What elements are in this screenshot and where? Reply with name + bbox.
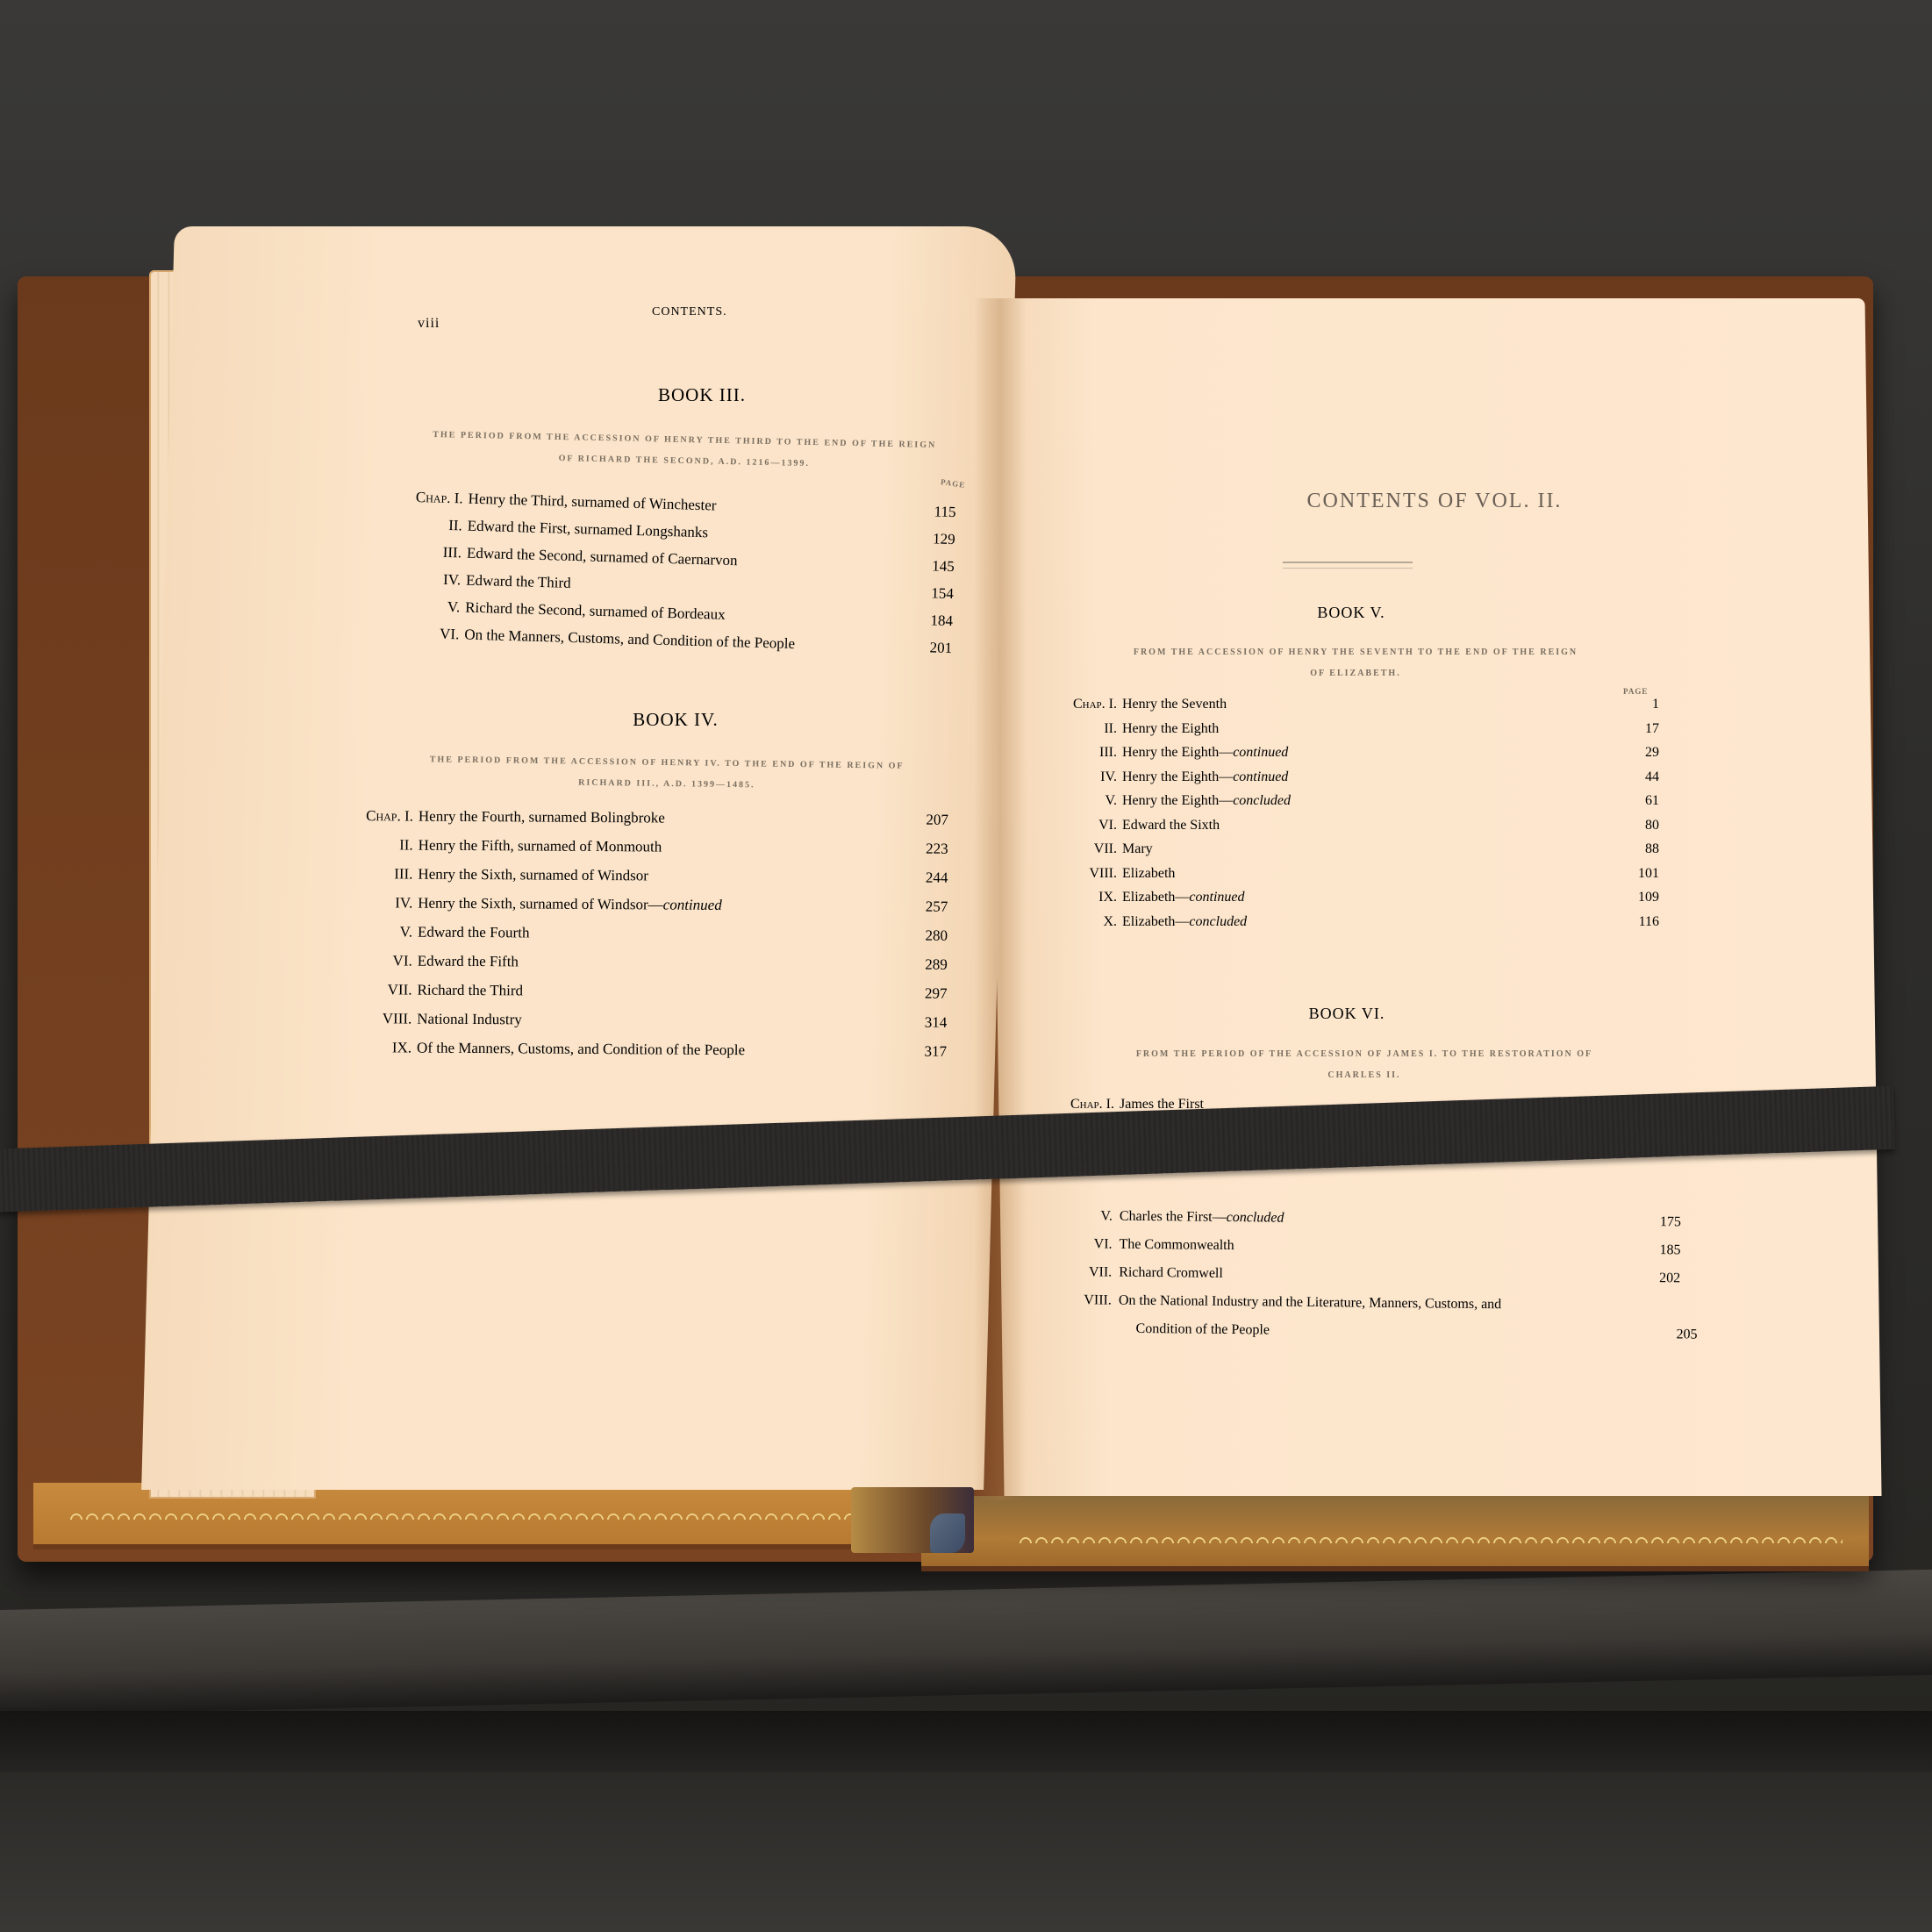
ledge-shadow [0,1711,1932,1772]
toc-row: X. Elizabeth—concluded 116 [1048,914,1663,939]
chapter-number: VI. [1061,1236,1112,1253]
chapter-number: V. [383,597,461,616]
chapter-title-suffix: concluded [1233,793,1291,808]
chapter-title: Edward the Fifth [418,953,519,971]
chapter-page: 1 [1619,697,1659,712]
toc-row: VIII. Elizabeth 101 [1048,866,1663,891]
chapter-number: III. [384,542,462,562]
chapter-number: Chap. I. [347,807,413,826]
chapter-page: 129 [919,530,955,548]
toc-row: II. Henry the Eighth 17 [1048,721,1663,746]
chapter-title: On the National Industry and the Literat… [1119,1293,1502,1313]
chapter-title: Of the Manners, Customs, and Condition o… [417,1040,745,1060]
chapter-number: IX. [1048,890,1117,905]
chapter-title: Henry the Seventh [1122,697,1227,712]
chapter-page: 297 [906,984,947,1002]
chapter-page: 80 [1619,818,1659,834]
chapter-title: Henry the Eighth— [1122,769,1233,784]
chapter-number: Chap. I. [1044,1097,1114,1113]
chapter-number: VIII. [1048,866,1117,882]
chapter-page: 115 [920,503,956,521]
toc-row: V. Henry the Eighth—concluded 61 [1048,793,1663,818]
chapter-page: 185 [1640,1242,1680,1258]
chapter-title-suffix: concluded [1227,1210,1284,1226]
toc-row: II. Henry the Fifth, surnamed of Monmout… [347,836,961,869]
book-vi-title: BOOK VI. [1206,1005,1487,1023]
page-column-label: PAGE [1623,687,1648,696]
period-line-1: FROM THE ACCESSION OF HENRY THE SEVENTH … [1075,642,1636,663]
chapter-page: 145 [919,557,955,576]
chapter-number: IV. [346,894,412,912]
chapter-title: Edward the Third [466,572,571,592]
chapter-number: II. [1048,721,1117,737]
chapter-page: 280 [907,927,948,944]
chapter-number: V. [346,923,412,941]
table-ledge [0,1570,1932,1715]
chapter-title: Elizabeth [1122,866,1175,882]
chapter-page: 317 [906,1042,947,1060]
chapter-title-suffix: concluded [1189,914,1247,929]
toc-row: III. Henry the Sixth, surnamed of Windso… [346,865,960,898]
chapter-number: VI. [346,952,412,970]
chapter-page: 61 [1619,793,1659,809]
chapter-number: VII. [345,981,411,999]
chapter-page: 44 [1619,769,1659,785]
chapter-title: National Industry [417,1011,522,1029]
chapter-number: VIII. [345,1010,411,1028]
chapter-number: VII. [1048,841,1117,857]
ribbon-marker [930,1513,965,1553]
toc-row: VII. Mary 88 [1048,841,1663,866]
chapter-page: 154 [919,584,955,603]
gutter-shadow [974,298,1027,1500]
chapter-page: 244 [907,869,948,886]
gilt-tooling-right [1018,1531,1843,1543]
chapter-page: 207 [908,811,948,828]
chapter-page: 29 [1619,745,1659,761]
chapter-title-suffix: continued [1233,769,1288,784]
chapter-number: Chap. I. [385,488,463,507]
book-iv-chapter-list: Chap. I. Henry the Fourth, surnamed Boli… [345,807,961,1072]
toc-row: VI. Edward the Fifth 289 [346,952,960,985]
chapter-page: 202 [1640,1270,1680,1286]
chapter-number: VI. [1048,818,1117,834]
chapter-page: 101 [1619,866,1659,882]
chapter-number: IV. [383,569,462,589]
photo-scene: BOUND BY viii CONTENTS. BOOK III. THE PE… [0,0,1932,1932]
chapter-number: IV. [1048,769,1117,785]
chapter-number: III. [346,865,412,884]
chapter-title: Henry the Sixth, surnamed of Windsor [418,866,648,885]
chapter-number: V. [1048,793,1117,809]
chapter-title: Edward the Fourth [418,924,530,942]
chapter-title: Henry the Fifth, surnamed of Monmouth [419,837,662,856]
chapter-number: II. [347,836,413,855]
toc-row: III. Henry the Eighth—continued 29 [1048,745,1663,769]
folio-number: viii [418,316,440,332]
chapter-title: Condition of the People [1135,1321,1270,1339]
running-head: CONTENTS. [652,305,727,319]
book-vi-chapter-list-bottom: V. Charles the First—concluded 175 VI. T… [1060,1208,1702,1356]
period-line-2: OF ELIZABETH. [1075,663,1636,684]
toc-row: VIII. National Industry 314 [345,1010,959,1043]
book-iii-title: BOOK III. [562,384,842,406]
chapter-number: V. [1062,1208,1113,1225]
toc-row: Chap. I. Henry the Fourth, surnamed Boli… [347,807,961,841]
book-v-period: FROM THE ACCESSION OF HENRY THE SEVENTH … [1075,642,1636,684]
toc-row: IV. Henry the Sixth, surnamed of Windsor… [346,894,960,927]
book-v-chapter-list: Chap. I. Henry the Seventh 1 II. Henry t… [1048,697,1663,938]
book-vi-period: FROM THE PERIOD OF THE ACCESSION OF JAME… [1066,1044,1663,1086]
chapter-title: Edward the Sixth [1122,818,1220,834]
chapter-title: Henry the Fourth, surnamed Bolingbroke [419,808,665,827]
chapter-title: Henry the Eighth— [1122,745,1233,760]
toc-row: VI. Edward the Sixth 80 [1048,818,1663,842]
chapter-title: Elizabeth— [1122,890,1189,905]
period-line-1: FROM THE PERIOD OF THE ACCESSION OF JAME… [1066,1044,1663,1065]
chapter-page: 175 [1641,1214,1681,1230]
chapter-page: 88 [1619,841,1659,857]
chapter-title: The Commonwealth [1119,1237,1234,1254]
chapter-page: 201 [917,639,953,657]
table-surface [0,1772,1932,1932]
toc-row: VII. Richard the Third 297 [345,981,959,1014]
chapter-page: 223 [908,840,948,857]
chapter-number: II. [385,515,463,534]
chapter-page: 205 [1657,1327,1697,1342]
chapter-number: VII. [1061,1264,1112,1281]
book-iv-period: THE PERIOD FROM THE ACCESSION OF HENRY I… [360,748,975,799]
chapter-page: 257 [907,898,948,915]
toc-row: V. Edward the Fourth 280 [346,923,960,956]
chapter-number: III. [1048,745,1117,761]
period-line-2: CHARLES II. [1066,1065,1663,1086]
chapter-number: IX. [345,1039,411,1057]
book-iv-title: BOOK IV. [535,709,816,731]
chapter-number: Chap. I. [1048,697,1117,712]
chapter-title-suffix: continued [663,897,722,913]
chapter-page: 184 [918,612,954,630]
chapter-title-suffix: continued [1233,745,1288,760]
chapter-page: 116 [1619,914,1659,930]
chapter-page: 314 [906,1013,947,1031]
toc-row: IV. Henry the Eighth—continued 44 [1048,769,1663,794]
chapter-title: Richard the Third [417,982,523,1000]
cover-turn-in-right [921,1496,1869,1571]
chapter-title: Charles the First— [1120,1209,1227,1225]
book-iii-chapter-list: Chap. I. Henry the Third, surnamed of Wi… [382,488,965,667]
chapter-number: VIII. [1061,1292,1112,1309]
chapter-number: VI. [382,624,460,643]
chapter-title: Richard Cromwell [1119,1265,1223,1282]
toc-row: Chap. I. Henry the Seventh 1 [1048,697,1663,721]
chapter-number: X. [1048,914,1117,930]
volume-contents-title: CONTENTS OF VOL. II. [996,490,1873,513]
title-rule [1283,562,1413,569]
chapter-title-suffix: continued [1189,890,1244,905]
chapter-title: Henry the Sixth, surnamed of Windsor— [418,895,663,913]
toc-row: IX. Elizabeth—continued 109 [1048,890,1663,914]
chapter-title: Mary [1122,841,1153,857]
chapter-page: 289 [907,955,948,973]
chapter-page: 109 [1619,890,1659,905]
chapter-title: Henry the Eighth— [1122,793,1233,808]
chapter-title: Henry the Eighth [1122,721,1219,737]
book-v-title: BOOK V. [1211,604,1492,622]
toc-row: IX. Of the Manners, Customs, and Conditi… [345,1039,959,1072]
chapter-page: 17 [1619,721,1659,737]
gilt-tooling-left [68,1507,884,1520]
chapter-title: Elizabeth— [1122,914,1189,929]
